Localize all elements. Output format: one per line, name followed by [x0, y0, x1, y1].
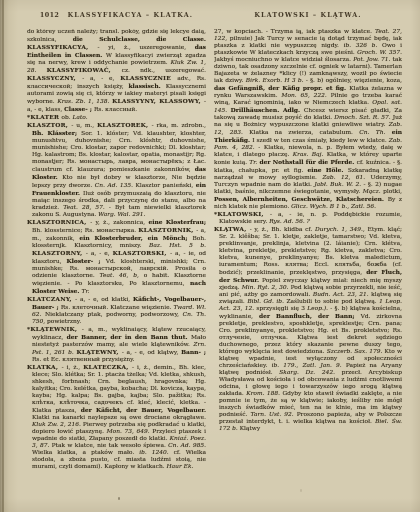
text-column-right: 27, w kopciach. - Trzyma ią, iak ptaszka…	[214, 29, 402, 489]
running-header: 1012 KLASSYFIKACYA – KLATKA. KLATOWSKI –…	[0, 11, 420, 23]
page-gutter-shadow	[2, 0, 4, 512]
dictionary-entry: KLASZTOR, - u, m., KLASZTOREK, - rka, m.…	[27, 122, 206, 219]
paper-speck	[118, 497, 120, 500]
dictionary-entry: 27, w kopciach. - Trzyma ią, iak ptaszka…	[214, 29, 402, 211]
page-number: 1012	[40, 11, 59, 19]
running-header-left: 1012 KLASSYFIKACYA – KLATKA.	[27, 11, 206, 19]
dictionary-entry: do którey uczeń należy; transl. pokóy, g…	[27, 29, 206, 114]
dictionary-entry: KLATCZANY, - a, - e, od klatki, Käficht-…	[27, 296, 206, 326]
dictionary-entry: KLATKA, - i, ż., KLATECZKA, - i, ż., dem…	[27, 364, 206, 471]
paper-speck	[300, 489, 302, 492]
dictionary-entry: *KLATOWSKI, - a, - ie, n. p. Poddębickie…	[214, 211, 402, 226]
book-page: 1012 KLASSYFIKACYA – KLATKA. KLATOWSKI –…	[0, 0, 420, 512]
running-title-left: KLASSYFIKACYA – KLATKA.	[68, 11, 193, 19]
running-title-right: KLATOWSKI – KLĄTWA.	[254, 11, 361, 19]
dictionary-entry: KLASZTORNICA, - y, ż., zakonnica, eine K…	[27, 219, 206, 296]
dictionary-entry: *KLĄTEWNIK, - a, m., wyklinaiący, klątew…	[27, 326, 206, 364]
dictionary-entry: *KLATER ob. Lato.	[27, 114, 206, 122]
running-header-right: KLATOWSKI – KLĄTWA.	[214, 11, 402, 19]
text-column-left: do którey uczeń należy; transl. pokóy, g…	[27, 29, 206, 489]
dictionary-entry: KLĄTWA, - y, ż., Bh. klidba cf. Durych. …	[214, 226, 402, 433]
